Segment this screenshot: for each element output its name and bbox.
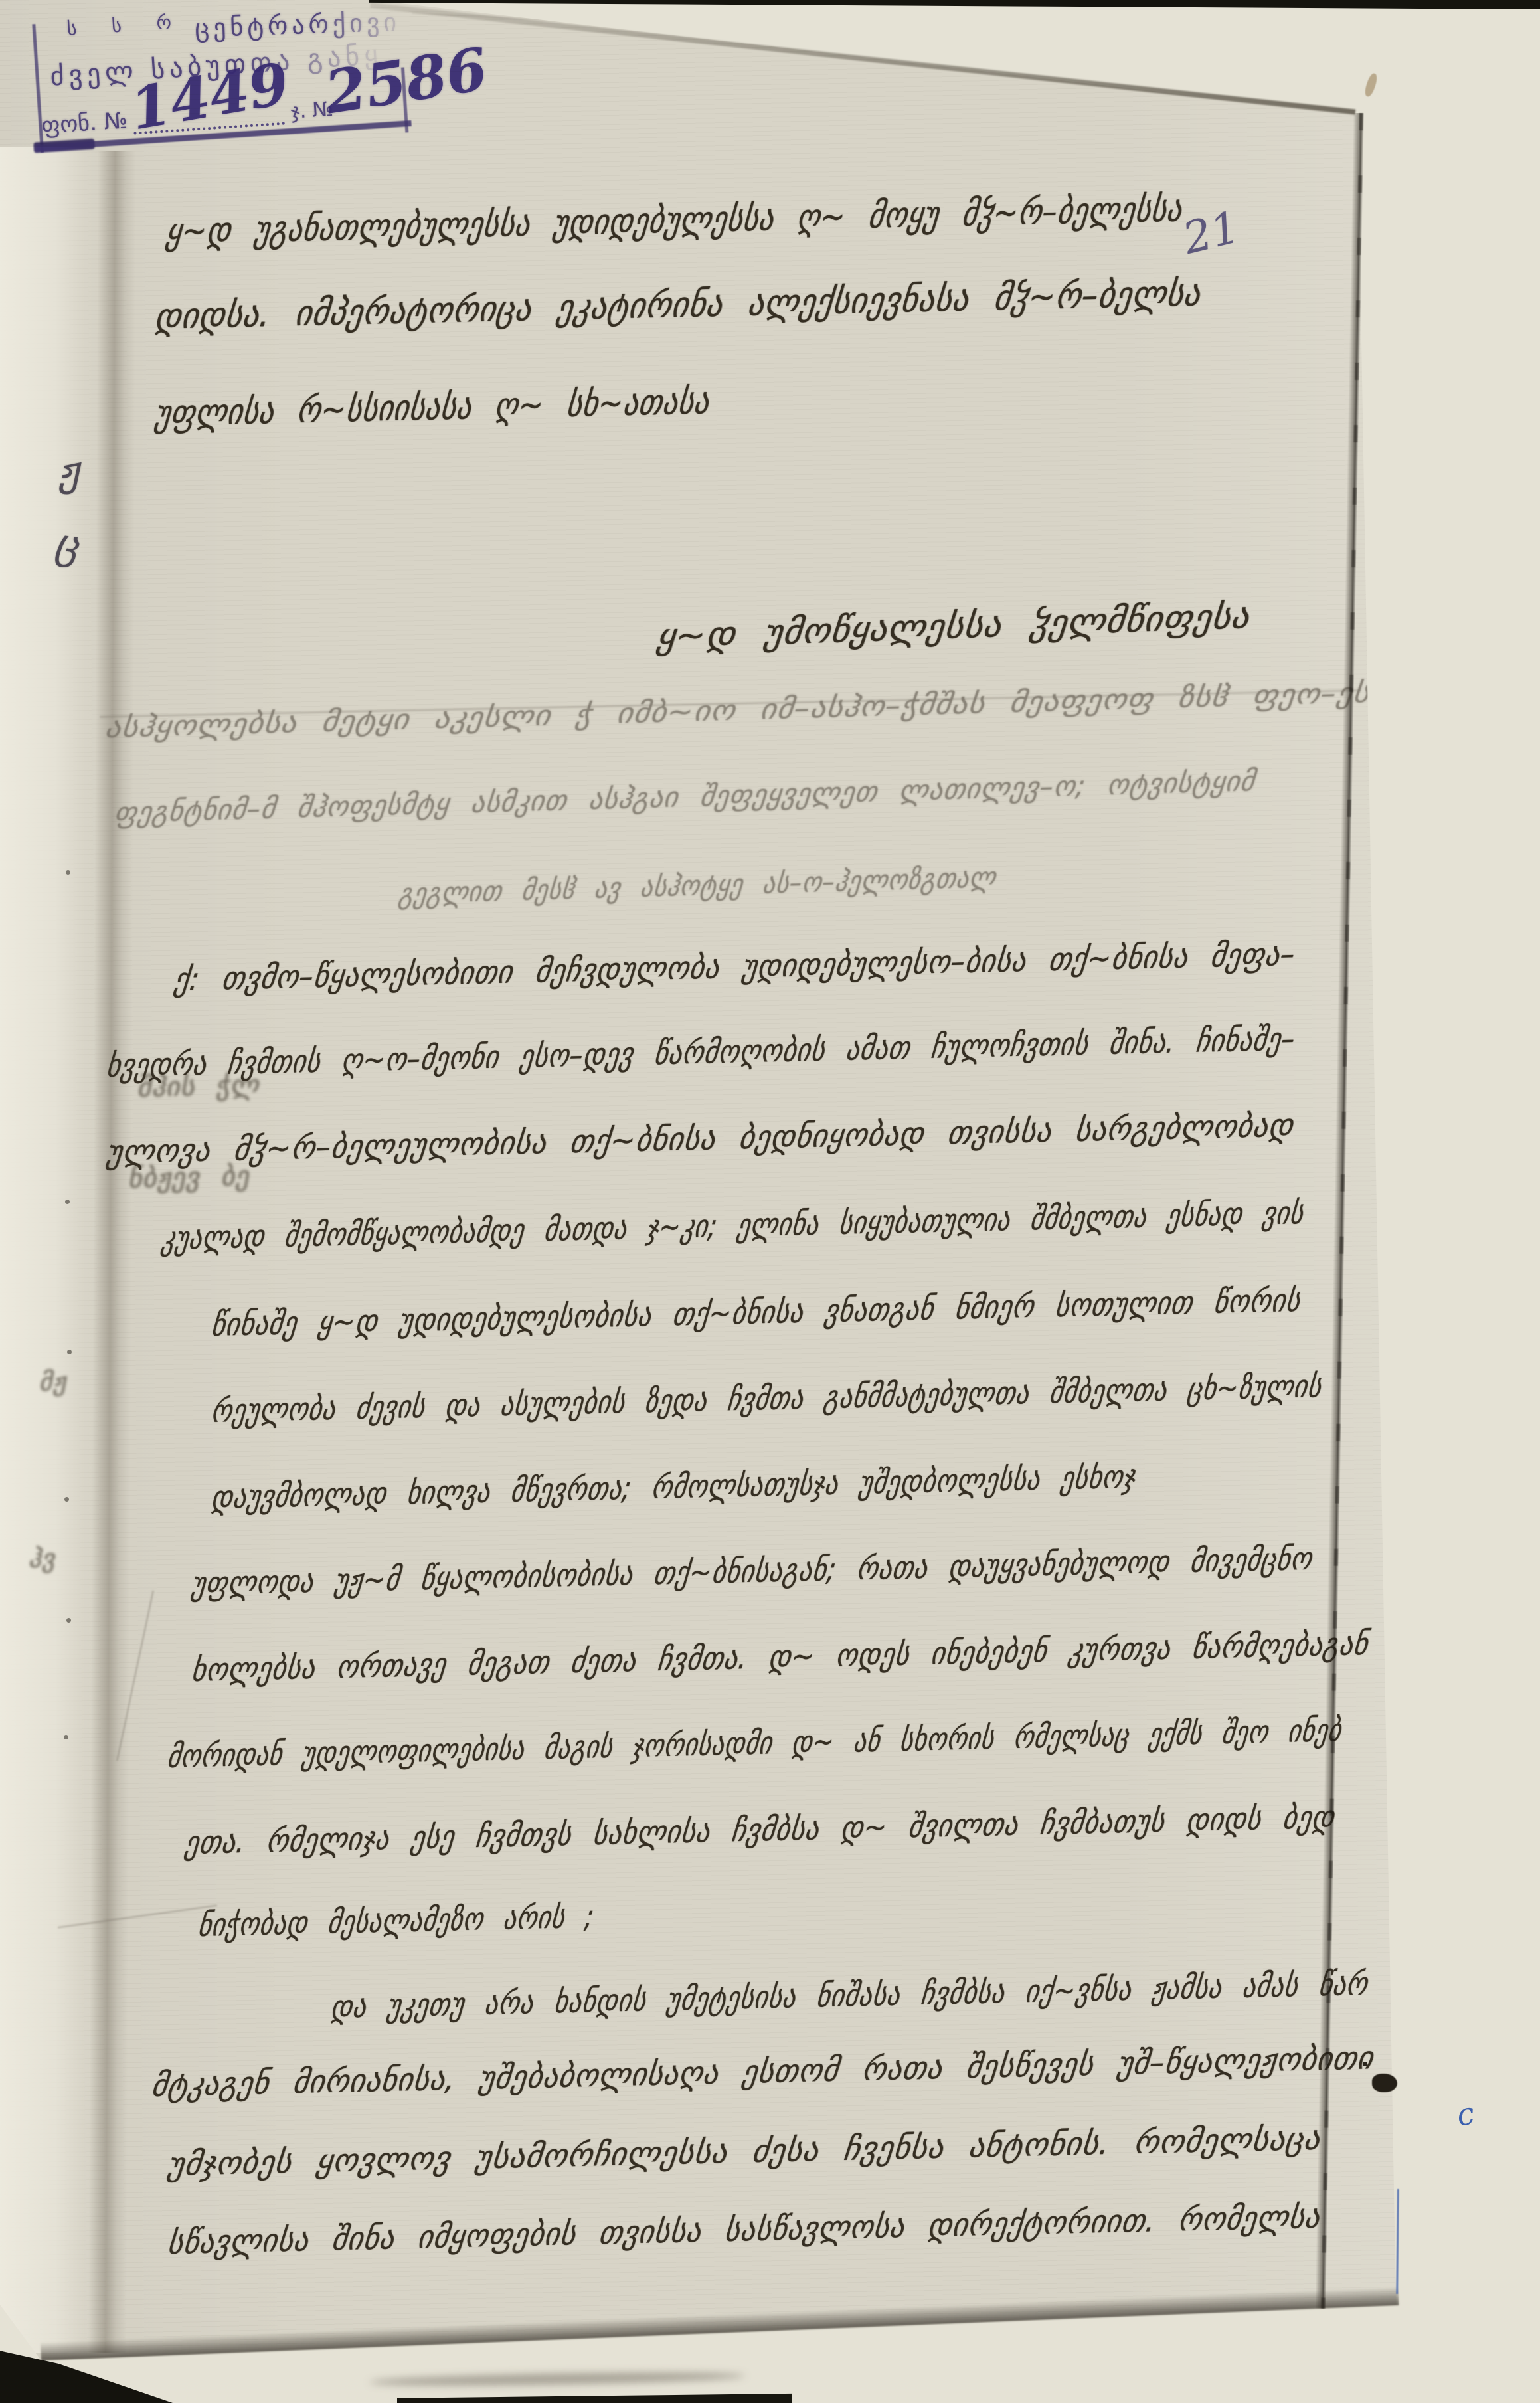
manuscript-body-line: დაუვმბოლად ხილვა მწევრთა; რმოლსათუსჯა უშ…: [211, 1454, 1352, 1516]
bleed-smudge: ჰვ: [28, 1544, 56, 1574]
manuscript-header-line: დიდსა. იმპერატორიცა ეკატირინა ალექსიევნა…: [155, 270, 1331, 337]
bottom-smear: [369, 2370, 745, 2388]
manuscript-body-line: წინაშე ყ~დ უდიდებულესობისა თქ~ბნისა ვნათ…: [211, 1278, 1513, 1344]
manuscript-body-line: ულოვა მჴ~რ–ბელეულობისა თქ~ბნისა ბედნიყობ…: [106, 1105, 1381, 1171]
blue-pen-mark: c: [1454, 2095, 1477, 2133]
tan-paper-fleck: [1363, 72, 1379, 98]
margin-bleed-glyph: ჟ: [58, 446, 80, 495]
stitch-hole: [64, 1497, 69, 1502]
manuscript-closing-line: ნიჭობად მესალამეზო არის ;: [198, 1896, 697, 1944]
manuscript-body-line: ქ: თვმო–წყალესობითი მეჩვდულობა უდიდებულე…: [174, 933, 1432, 998]
manuscript-body-line: ხვედრა ჩვმთის ღ~ო–მეონი ესო–დევ წარმოღობ…: [106, 1016, 1540, 1085]
scan-background-top-strip: [369, 0, 1540, 9]
manuscript-salutation: ყ~დ უმოწყალესსა ჴელმწიფესა: [656, 598, 1235, 658]
manuscript-body-line: და უკეთუ არა ხანდის უმეტესისა ნიშასა ჩვმ…: [331, 1961, 1540, 2026]
manuscript-body-line: სწავლისა შინა იმყოფების თვისსა სასწავლოს…: [167, 2196, 1426, 2262]
ink-dot: [1363, 2062, 1367, 2066]
manuscript-body-line: მტკაგენ მირიანისა, უშებაბოლისაღა ესთომ რ…: [151, 2038, 1460, 2104]
manuscript-body-line: უმჯობეს ყოვლოვ უსამორჩილესსა ძესა ჩვენსა…: [167, 2120, 1346, 2183]
faint-annotation-line: გეგლით მესჱ ავ ასჰოტყე ას–ო–ჰელოზგთალ: [398, 859, 1075, 911]
stitch-hole: [66, 1618, 71, 1623]
archive-stamp: ს ს რ ცენტრარქივი ძველ საბუთთა განყ ფონ.…: [19, 0, 417, 161]
gutter-adjacent-folio: [0, 147, 101, 2353]
faint-annotation-line: ასჰყოლებსა მეტყი აკესლი ჭ იმბ~იო იმ–ასჰო…: [105, 679, 1260, 744]
scan-background-bottom-strip: [397, 2392, 792, 2403]
stitch-hole: [67, 1350, 72, 1354]
stitch-hole: [66, 870, 70, 875]
faint-annotation-line: ფეგნტნიმ–მ შჰოფესმტყ ასმკით ასჰგაი შეფეყ…: [114, 764, 1281, 829]
bleed-smudge: მჟ: [39, 1368, 67, 1397]
manuscript-header-line: უფლისა რ~სსიისასა ღ~ სხ~ათასა: [155, 378, 834, 434]
ink-blot: [1372, 2074, 1397, 2092]
manuscript-page: ჟ ც შჰის ჭლ ნბჟევ ბე მჟ ჰვ ს ს რ ცენტრარ…: [0, 0, 1540, 2403]
stamp-fond-label: ფონ. №: [41, 107, 128, 139]
stitch-hole: [65, 1200, 70, 1204]
stamp-text-ssr: ს ს რ: [66, 10, 187, 40]
manuscript-body-line: ხოლებსა ორთავე მეგათ ძეთა ჩვმთა. დ~ ოდეს…: [191, 1621, 1540, 1689]
manuscript-scan: ჟ ც შჰის ჭლ ნბჟევ ბე მჟ ჰვ ს ს რ ცენტრარ…: [0, 0, 1540, 2403]
stamp-text-central-archive: ცენტრარქივი: [195, 7, 414, 43]
stitch-hole: [64, 1735, 68, 1739]
blue-pen-edge-line: [1396, 2189, 1399, 2294]
